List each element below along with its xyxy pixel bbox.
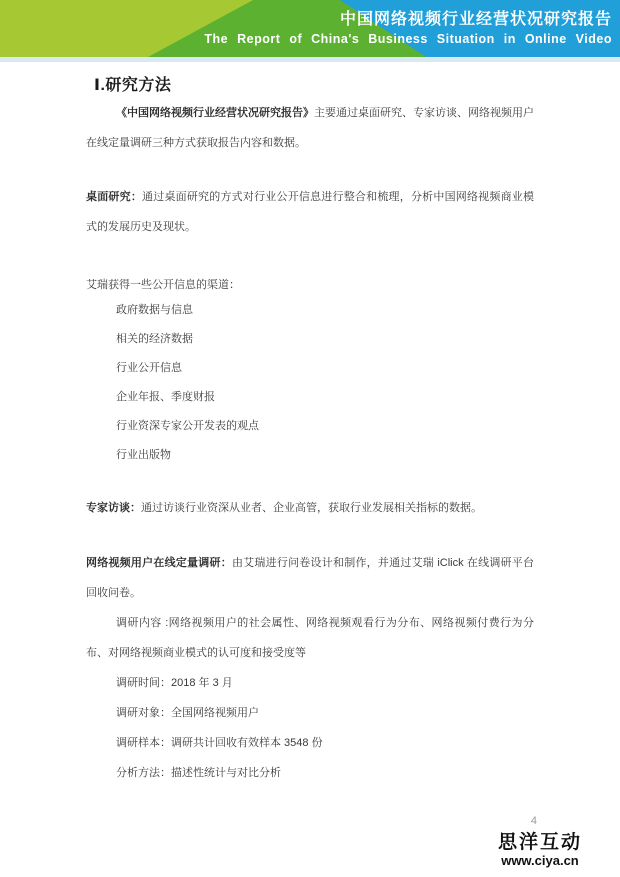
intro-report-name: 《中国网络视频行业经营状况研究报告》 — [116, 107, 314, 119]
header-bottom-strip — [0, 57, 620, 62]
list-item: 行业出版物 — [86, 441, 534, 470]
survey-detail-method: 分析方法：描述性统计与对比分析 — [86, 758, 534, 788]
watermark-url: www.ciya.cn — [498, 853, 582, 868]
report-page: 中国网络视频行业经营状况研究报告 The Report of China's B… — [0, 0, 620, 877]
list-item: 相关的经济数据 — [86, 325, 534, 354]
page-header-banner: 中国网络视频行业经营状况研究报告 The Report of China's B… — [0, 0, 620, 57]
intro-paragraph: 《中国网络视频行业经营状况研究报告》主要通过桌面研究、专家访谈、网络视频用户在线… — [86, 98, 534, 158]
survey-detail-target: 调研对象：全国网络视频用户 — [86, 698, 534, 728]
survey-content-paragraph: 调研内容 :网络视频用户的社会属性、网络视频观看行为分布、网络视频付费行为分布、… — [86, 608, 534, 668]
desktop-research-text: 通过桌面研究的方式对行业公开信息进行整合和梳理，分析中国网络视频商业模式的发展历… — [86, 191, 534, 233]
list-item: 行业资深专家公开发表的观点 — [86, 412, 534, 441]
expert-interview-label: 专家访谈： — [86, 502, 141, 514]
desktop-research-label: 桌面研究： — [86, 191, 142, 203]
survey-details: 调研时间：2018 年 3 月 调研对象：全国网络视频用户 调研样本：调研共计回… — [86, 668, 534, 788]
list-item: 行业公开信息 — [86, 354, 534, 383]
list-item: 企业年报、季度财报 — [86, 383, 534, 412]
list-item: 政府数据与信息 — [86, 296, 534, 325]
report-title-chinese: 中国网络视频行业经营状况研究报告 — [204, 10, 612, 30]
channels-list: 政府数据与信息 相关的经济数据 行业公开信息 企业年报、季度财报 行业资深专家公… — [86, 296, 534, 470]
desktop-research-paragraph: 桌面研究：通过桌面研究的方式对行业公开信息进行整合和梳理，分析中国网络视频商业模… — [86, 182, 534, 242]
expert-interview-paragraph: 专家访谈：通过访谈行业资深从业者、企业高管，获取行业发展相关指标的数据。 — [86, 493, 534, 523]
document-body: Ⅰ.研究方法 《中国网络视频行业经营状况研究报告》主要通过桌面研究、专家访谈、网… — [86, 76, 534, 788]
online-survey-paragraph: 网络视频用户在线定量调研：由艾瑞进行问卷设计和制作，并通过艾瑞 iClick 在… — [86, 548, 534, 608]
report-title-english: The Report of China's Business Situation… — [204, 32, 612, 47]
header-titles: 中国网络视频行业经营状况研究报告 The Report of China's B… — [204, 0, 612, 47]
online-survey-label: 网络视频用户在线定量调研： — [86, 557, 232, 569]
section-title: Ⅰ.研究方法 — [94, 76, 534, 96]
survey-detail-time: 调研时间：2018 年 3 月 — [86, 668, 534, 698]
expert-interview-text: 通过访谈行业资深从业者、企业高管，获取行业发展相关指标的数据。 — [141, 502, 482, 514]
watermark-company-name: 思洋互动 — [498, 833, 582, 853]
survey-detail-sample: 调研样本：调研共计回收有效样本 3548 份 — [86, 728, 534, 758]
watermark: 思洋互动 www.ciya.cn — [498, 833, 582, 868]
page-number: 4 — [531, 815, 537, 827]
